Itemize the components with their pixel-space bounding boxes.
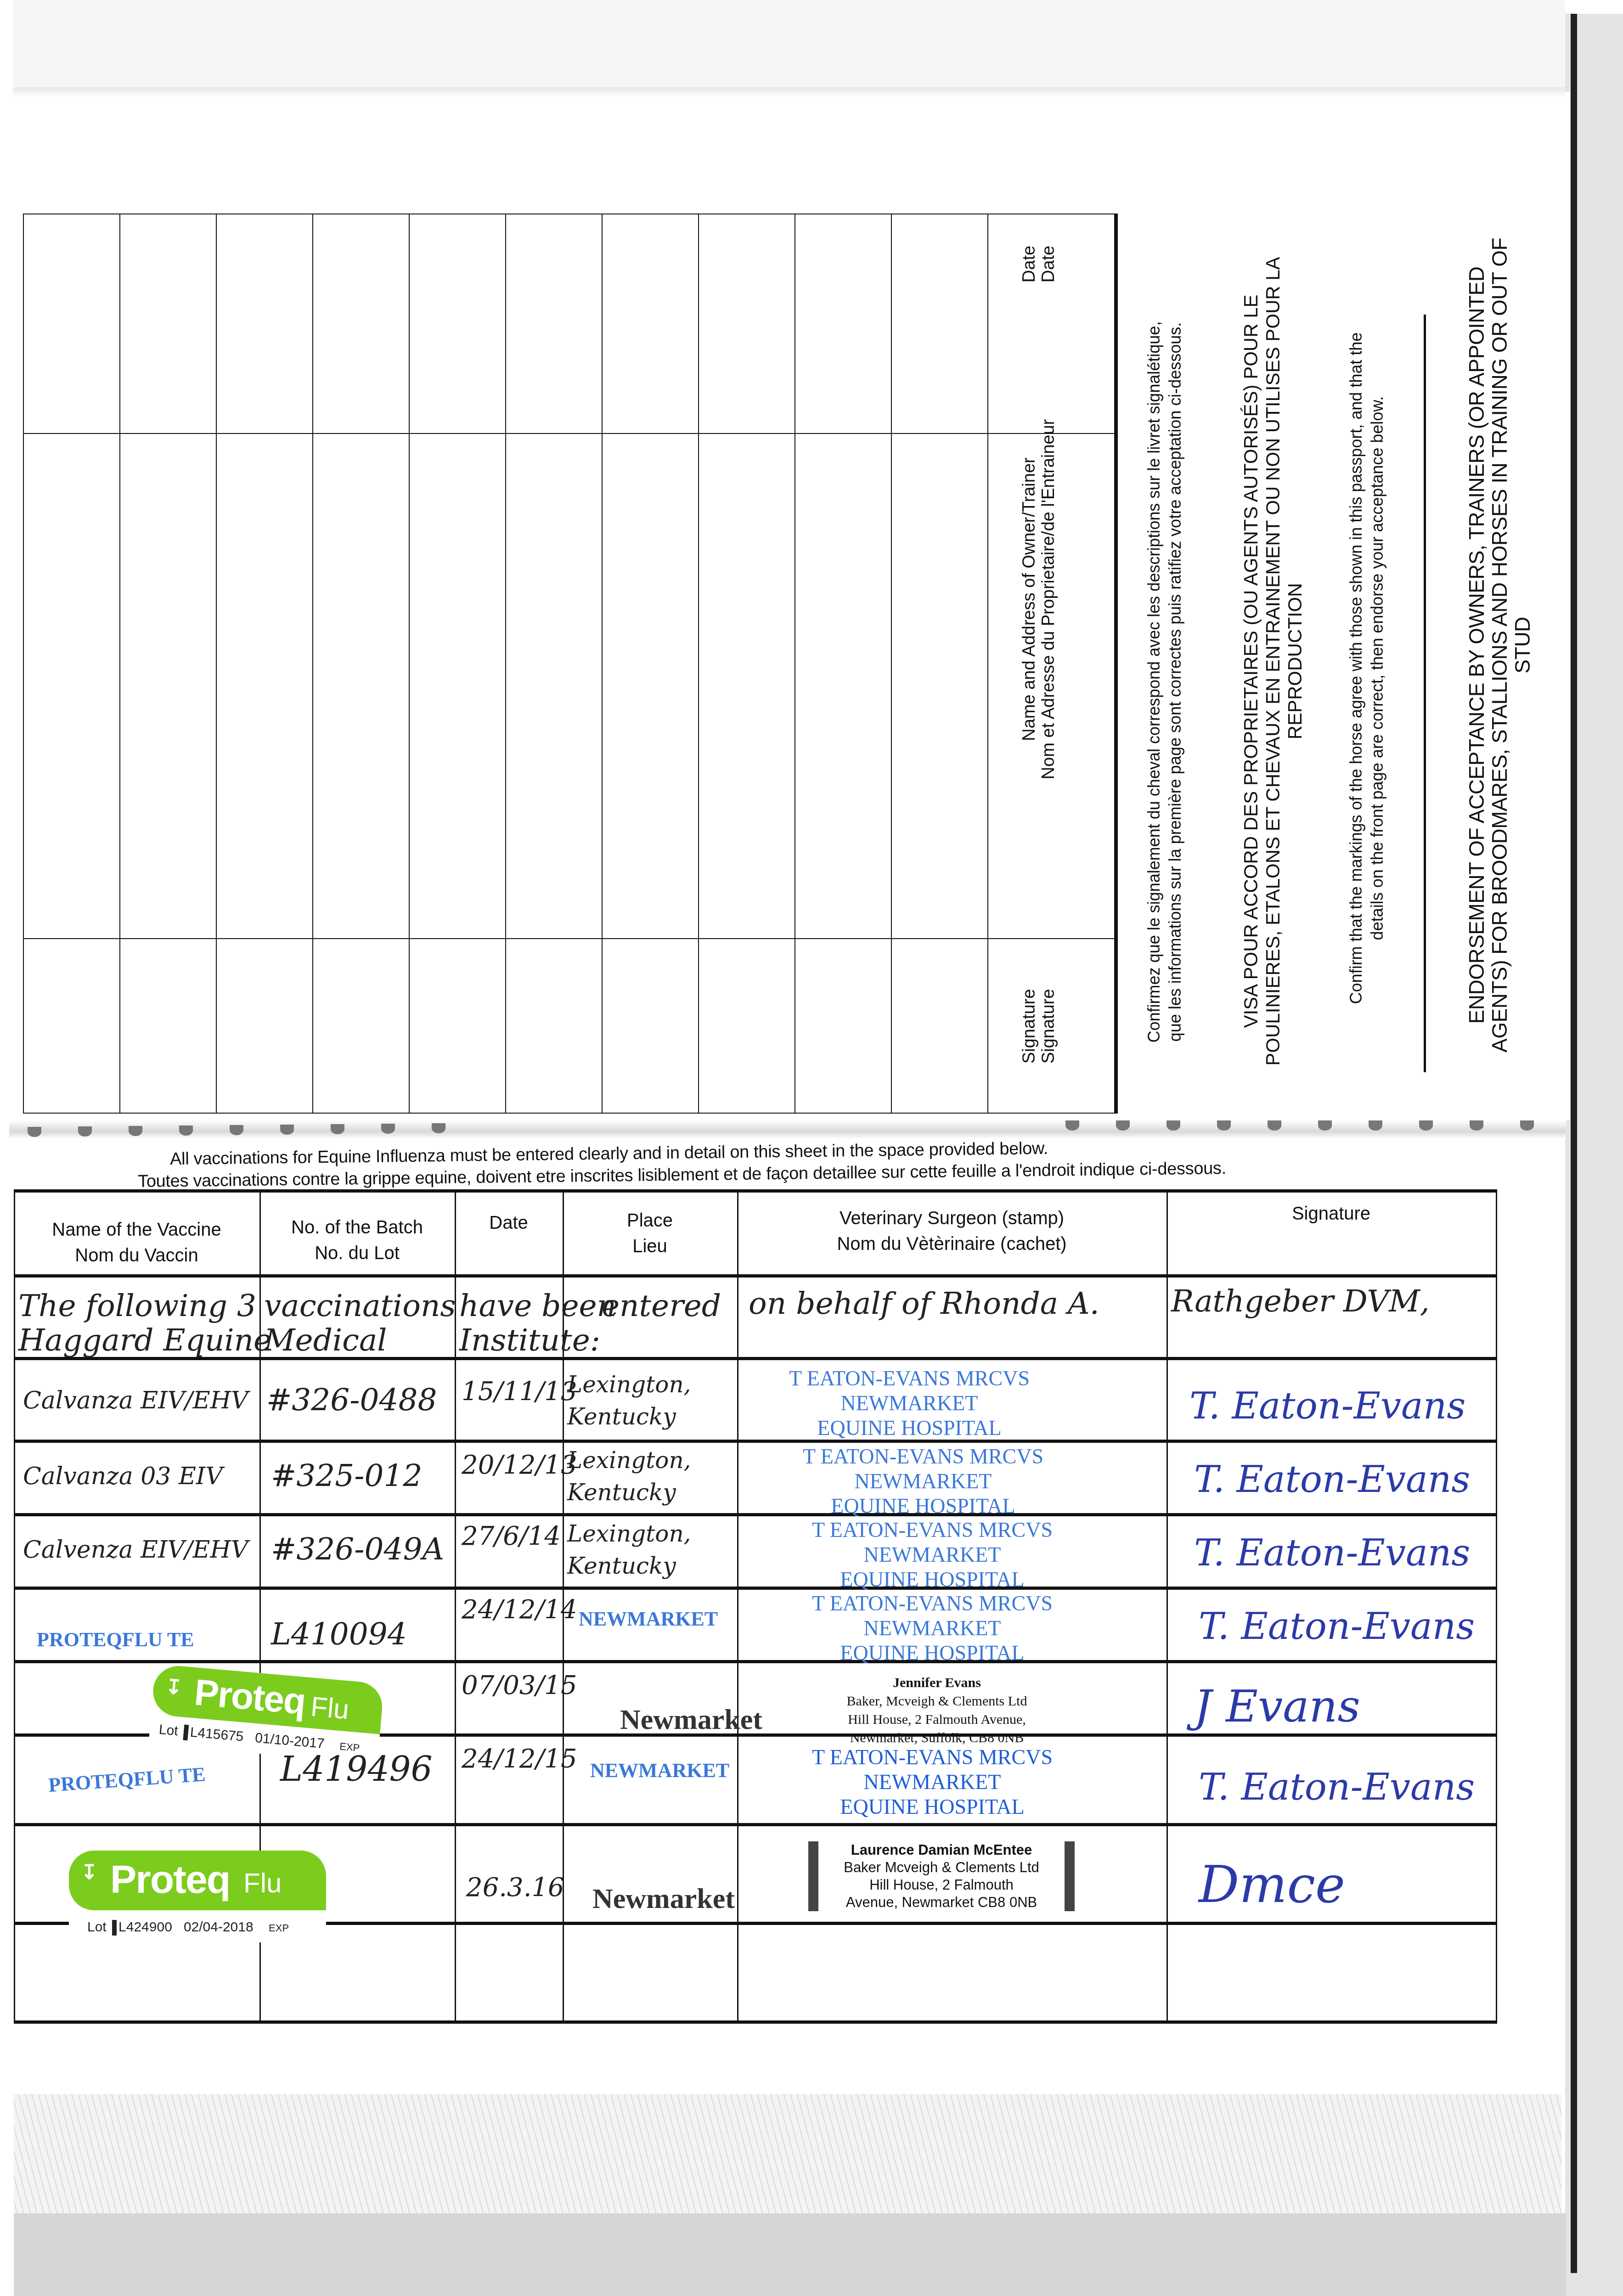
perforation-notch	[1470, 1120, 1483, 1131]
vet-stamp-line: EQUINE HOSPITAL	[767, 1641, 1098, 1666]
header-bottom-border	[14, 1274, 1497, 1277]
header-batch: No. of the Batch No. du Lot	[259, 1215, 455, 1266]
header-vaccine-en: Name of the Vaccine	[14, 1217, 259, 1243]
vet-signature: Dmce	[1199, 1855, 1345, 1914]
vet-stamp-line: NEWMARKET	[749, 1391, 1070, 1416]
title-divider	[1424, 315, 1426, 1072]
endorsement-title: ENDORSEMENT OF ACCEPTANCE BY OWNERS, TRA…	[1465, 232, 1534, 1058]
header-date: Date	[455, 1210, 563, 1236]
proteq-flu: Flu	[310, 1691, 350, 1726]
perforation-notch	[1419, 1120, 1433, 1131]
endorsement-table: Date Date Name and Address of Owner/Trai…	[23, 214, 1116, 1114]
vaccination-place: Lexington, Kentucky	[567, 1518, 733, 1582]
lot-number: L415675	[190, 1725, 244, 1745]
header-batch-fr: No. du Lot	[259, 1240, 455, 1266]
header-signature-en: Signature	[1020, 948, 1039, 1104]
vaccination-date: 24/12/14	[462, 1596, 577, 1624]
vaccine-name: Calvanza 03 EIV	[23, 1463, 223, 1490]
perforation-notch	[1116, 1120, 1130, 1131]
perforation-notch	[28, 1127, 41, 1137]
perforation-notch	[179, 1125, 193, 1136]
endorse-grid-line	[23, 214, 1116, 214]
vet-stamp: T EATON-EVANS MRCVS NEWMARKET EQUINE HOS…	[749, 1366, 1070, 1441]
handwritten-note: Institute:	[459, 1322, 600, 1358]
handwritten-note: have been	[459, 1288, 616, 1323]
perforation-notch	[381, 1124, 395, 1134]
lot-barcode-mark	[112, 1920, 117, 1936]
header-vaccine-fr: Nom du Vaccin	[14, 1243, 259, 1268]
vet-stamp-line: T EATON-EVANS MRCVS	[767, 1518, 1098, 1542]
endorse-grid-line	[23, 433, 1116, 434]
perforation-notch	[1065, 1120, 1079, 1131]
vet-stamp-line: Baker, Mcveigh & Clements Ltd	[808, 1692, 1065, 1711]
lot-prefix: Lot	[158, 1722, 179, 1739]
proteqflu-label-sticker: ↧ Proteq Flu Lot L415675 01/10-2017 EXP	[148, 1664, 384, 1764]
endorse-col-signature: Signature Signature	[1020, 948, 1058, 1104]
endorsement-instruction-fr: Confirmez que le signalement du cheval c…	[1144, 315, 1186, 1049]
vet-signature: T. Eaton-Evans	[1199, 1766, 1475, 1808]
header-signature-fr: Signature	[1039, 948, 1058, 1104]
vet-stamp: Jennifer Evans Baker, Mcveigh & Clements…	[808, 1674, 1065, 1747]
endorse-row-line	[312, 214, 313, 1114]
scan-background-top	[13, 0, 1565, 92]
handwritten-note: Haggard Equine	[18, 1322, 271, 1358]
row-border	[14, 1823, 1497, 1826]
table-border-top	[14, 1189, 1497, 1193]
proteqflu-brand-band: ↧ Proteq Flu	[151, 1664, 384, 1734]
proteqflu-lot-info: Lot L424900 02/04-2018 EXP	[87, 1919, 289, 1936]
endorse-grid-line	[23, 938, 1116, 939]
row-border	[14, 1660, 1497, 1663]
expiry-date: 02/04-2018	[184, 1919, 254, 1935]
perforation-notch	[129, 1126, 142, 1136]
vet-signature: J Evans	[1194, 1681, 1360, 1732]
down-arrow-icon: ↧	[81, 1861, 98, 1884]
perforation-notch	[1318, 1120, 1332, 1131]
vet-stamp-line: Hill House, 2 Falmouth	[827, 1876, 1056, 1894]
endorse-row-line	[602, 214, 603, 1114]
header-date-en: Date	[1020, 223, 1039, 305]
perforation-notch	[230, 1125, 243, 1135]
vaccine-name: Calvanza EIV/EHV	[23, 1387, 248, 1414]
endorsement-instruction-en: Confirm that the markings of the horse a…	[1346, 315, 1388, 1022]
handwritten-note: on behalf of Rhonda A.	[749, 1286, 1099, 1321]
vaccine-name-stamp: PROTEQFLU TE	[48, 1762, 206, 1797]
vet-stamp-line: NEWMARKET	[767, 1616, 1098, 1641]
header-signature-en: Signature	[1167, 1201, 1496, 1227]
vet-stamp: Laurence Damian McEntee Baker Mcveigh & …	[808, 1841, 1075, 1911]
endorse-row-line	[23, 214, 24, 1114]
header-vet-fr: Nom du Vètèrinaire (cachet)	[737, 1231, 1167, 1257]
vaccination-date: 24/12/15	[462, 1745, 577, 1773]
vet-stamp: T EATON-EVANS MRCVS NEWMARKET EQUINE HOS…	[767, 1745, 1098, 1819]
vet-stamp-line: EQUINE HOSPITAL	[758, 1494, 1088, 1519]
vet-stamp: T EATON-EVANS MRCVS NEWMARKET EQUINE HOS…	[767, 1591, 1098, 1666]
header-place-en: Place	[563, 1208, 737, 1233]
batch-number: #326-049A	[271, 1531, 444, 1567]
perforation-notch	[1268, 1120, 1281, 1131]
endorse-col-name-address: Name and Address of Owner/Trainer Nom et…	[1020, 324, 1058, 875]
batch-number: #325-012	[271, 1458, 423, 1493]
expiry-date: 01/10-2017	[254, 1730, 325, 1751]
vet-stamp-line: NEWMARKET	[767, 1542, 1098, 1567]
vet-stamp-line: T EATON-EVANS MRCVS	[767, 1591, 1098, 1616]
vaccination-date: 15/11/13	[462, 1378, 577, 1406]
vet-stamp-line: NEWMARKET	[767, 1770, 1098, 1795]
down-arrow-icon: ↧	[164, 1675, 183, 1700]
vet-stamp-line: Baker Mcveigh & Clements Ltd	[827, 1859, 1056, 1876]
endorse-col-date: Date Date	[1020, 223, 1058, 305]
perforation-notch	[1167, 1120, 1180, 1131]
page-edge-texture	[14, 2094, 1561, 2213]
batch-number: #326-0488	[266, 1382, 437, 1418]
vaccine-name-stamp: PROTEQFLU TE	[37, 1628, 194, 1651]
endorsement-title-fr: VISA POUR ACCORD DES PROPRIETAIRES (OU A…	[1240, 236, 1306, 1086]
vet-stamp: T EATON-EVANS MRCVS NEWMARKET EQUINE HOS…	[758, 1444, 1088, 1519]
header-vet: Veterinary Surgeon (stamp) Nom du Vètèri…	[737, 1205, 1167, 1257]
row-border	[14, 1513, 1497, 1516]
vaccination-date: 26.3.16	[466, 1874, 564, 1902]
vaccination-date: 27/6/14	[462, 1522, 561, 1551]
vaccination-date: 20/12/13	[462, 1451, 577, 1480]
vaccination-place: Lexington, Kentucky	[567, 1444, 733, 1508]
header-name-fr: Nom et Adresse du Proprietaire/de l'Entr…	[1039, 324, 1058, 875]
page-edge-shadow	[13, 87, 1565, 97]
proteq-brand: Proteq	[110, 1857, 230, 1902]
vaccination-place: Lexington, Kentucky	[567, 1368, 733, 1433]
handwritten-note: Rathgeber DVM,	[1171, 1283, 1430, 1319]
header-date-en: Date	[455, 1210, 563, 1236]
vet-stamp-line: NEWMARKET	[758, 1469, 1088, 1494]
vet-stamp-line: Newmarket, Suffolk, CB8 0NB	[808, 1729, 1065, 1747]
header-place-fr: Lieu	[563, 1233, 737, 1259]
perforation-notch	[1520, 1120, 1534, 1131]
vet-stamp-name: Laurence Damian McEntee	[827, 1841, 1056, 1859]
batch-number: L410094	[271, 1616, 407, 1652]
passport-spine-edge	[1571, 14, 1577, 2273]
vet-stamp-line: Avenue, Newmarket CB8 0NB	[827, 1894, 1056, 1911]
vet-stamp-name: Jennifer Evans	[808, 1674, 1065, 1692]
scan-background-bottom	[14, 2213, 1566, 2296]
vaccination-place: Newmarket	[592, 1883, 735, 1915]
header-signature: Signature	[1167, 1201, 1496, 1227]
header-batch-en: No. of the Batch	[259, 1215, 455, 1240]
vet-stamp-line: T EATON-EVANS MRCVS	[758, 1444, 1088, 1469]
batch-number: L419496	[280, 1750, 433, 1789]
vaccination-table: Name of the Vaccine Nom du Vaccin No. of…	[14, 1176, 1497, 2025]
endorse-row-line	[216, 214, 217, 1114]
handwritten-note: The following 3	[18, 1288, 256, 1323]
lot-barcode-mark	[183, 1725, 189, 1741]
vet-signature: T. Eaton-Evans	[1194, 1531, 1470, 1574]
vet-stamp-line: EQUINE HOSPITAL	[767, 1795, 1098, 1819]
vet-stamp-line: T EATON-EVANS MRCVS	[767, 1745, 1098, 1770]
vaccination-place-stamp: NEWMARKET	[579, 1607, 718, 1631]
endorse-row-line	[795, 214, 795, 1114]
vet-signature: T. Eaton-Evans	[1199, 1605, 1475, 1648]
perforation-notch	[1217, 1120, 1231, 1131]
header-vaccine-name: Name of the Vaccine Nom du Vaccin	[14, 1217, 259, 1268]
perforation-notch	[280, 1125, 294, 1135]
header-date-fr: Date	[1039, 223, 1058, 305]
vet-signature: T. Eaton-Evans	[1194, 1458, 1470, 1501]
handwritten-note: entered	[602, 1288, 721, 1323]
endorse-row-line	[409, 214, 410, 1114]
endorse-grid-line	[23, 1113, 1116, 1114]
header-name-en: Name and Address of Owner/Trainer	[1020, 324, 1039, 875]
vaccination-place: Newmarket	[620, 1704, 762, 1736]
handwritten-note: vaccinations	[264, 1288, 456, 1323]
endorse-row-line	[987, 214, 988, 1114]
vaccination-date: 07/03/15	[462, 1671, 577, 1700]
column-border	[1496, 1189, 1497, 2023]
vet-stamp-line: Hill House, 2 Falmouth Avenue,	[808, 1711, 1065, 1729]
column-border	[14, 1189, 15, 2023]
perforation-notch	[1369, 1120, 1382, 1131]
expiry-label: EXP	[269, 1922, 289, 1934]
endorse-row-line	[119, 214, 120, 1114]
proteq-flu: Flu	[243, 1867, 282, 1899]
lot-prefix: Lot	[87, 1919, 107, 1935]
vet-signature: T. Eaton-Evans	[1189, 1384, 1465, 1427]
handwritten-note: Medical	[264, 1322, 387, 1358]
endorsement-section: Date Date Name and Address of Owner/Trai…	[23, 214, 1548, 1114]
perforation-notch	[331, 1124, 344, 1134]
endorse-header-border	[1114, 214, 1118, 1114]
column-border	[737, 1189, 738, 2023]
vaccine-name: Calvenza EIV/EHV	[23, 1536, 248, 1564]
endorse-row-line	[891, 214, 892, 1114]
vet-stamp-line: EQUINE HOSPITAL	[749, 1416, 1070, 1441]
vet-stamp-line: T EATON-EVANS MRCVS	[749, 1366, 1070, 1391]
header-vet-en: Veterinary Surgeon (stamp)	[737, 1205, 1167, 1231]
perforation-notch	[432, 1123, 445, 1133]
table-border-bottom	[14, 2020, 1497, 2024]
header-place: Place Lieu	[563, 1208, 737, 1259]
proteqflu-label-sticker: ↧ Proteq Flu Lot L424900 02/04-2018 EXP	[69, 1851, 326, 1942]
proteq-brand: Proteq	[193, 1671, 307, 1723]
perforation-line	[9, 1120, 1566, 1139]
vet-stamp: T EATON-EVANS MRCVS NEWMARKET EQUINE HOS…	[767, 1518, 1098, 1592]
endorse-row-line	[505, 214, 506, 1114]
row-border	[14, 1587, 1497, 1590]
perforation-notch	[78, 1126, 92, 1137]
vaccination-place-stamp: NEWMARKET	[590, 1759, 729, 1782]
vet-stamp-line: EQUINE HOSPITAL	[767, 1567, 1098, 1592]
lot-number: L424900	[118, 1919, 172, 1935]
column-border	[1167, 1189, 1168, 2023]
proteqflu-brand-band: ↧ Proteq Flu	[69, 1851, 326, 1910]
endorse-row-line	[698, 214, 699, 1114]
